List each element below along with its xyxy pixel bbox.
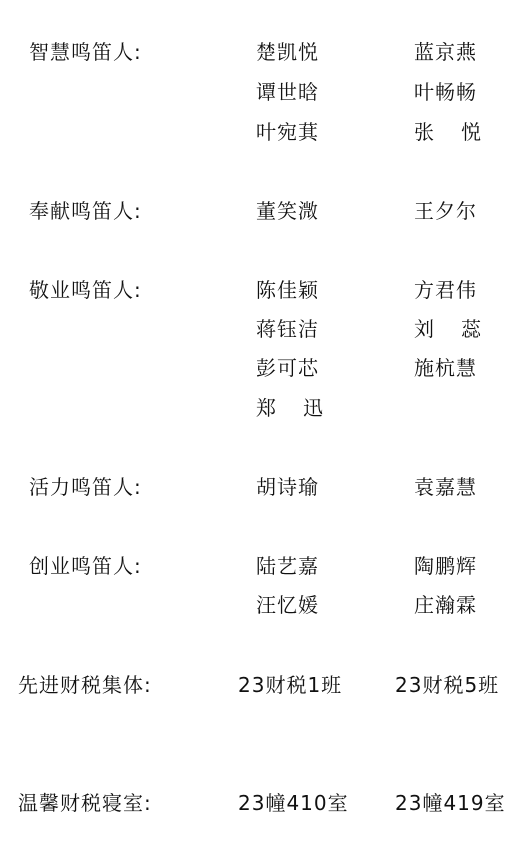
class-name: 23财税5班	[395, 673, 499, 697]
name: 陆艺嘉	[256, 554, 324, 578]
name-liu-rui: 刘蕊	[414, 317, 482, 341]
dorm-name: 23幢419室	[395, 791, 506, 815]
name: 方君伟	[414, 278, 482, 302]
section-title-diligence: 敬业鸣笛人:	[29, 278, 142, 302]
name: 蓝京燕	[414, 40, 482, 64]
section-title-vitality: 活力鸣笛人:	[29, 475, 142, 499]
name-zheng-xun: 郑迅	[256, 396, 324, 420]
section-title-wisdom: 智慧鸣笛人:	[29, 40, 142, 64]
section-title-warm-dorm: 温馨财税寝室:	[18, 791, 152, 815]
name: 汪忆媛	[256, 593, 324, 617]
name: 庄瀚霖	[414, 593, 482, 617]
name: 胡诗瑜	[256, 475, 324, 499]
class-name: 23财税1班	[238, 673, 342, 697]
name-zhang-yue: 张悦	[414, 120, 482, 144]
name: 王夕尔	[414, 199, 482, 223]
name: 楚凯悦	[256, 40, 324, 64]
name: 陈佳颖	[256, 278, 324, 302]
name: 陶鹏辉	[414, 554, 482, 578]
name: 彭可芯	[256, 356, 324, 380]
name: 施杭慧	[414, 356, 482, 380]
section-title-advanced-collective: 先进财税集体:	[18, 673, 152, 697]
name: 叶宛萁	[256, 120, 324, 144]
name-part: 悦	[461, 120, 482, 144]
dorm-name: 23幢410室	[238, 791, 349, 815]
section-title-dedication: 奉献鸣笛人:	[29, 199, 142, 223]
name: 叶畅畅	[414, 80, 482, 104]
name: 蒋钰洁	[256, 317, 324, 341]
name-part: 张	[414, 120, 435, 144]
name: 袁嘉慧	[414, 475, 482, 499]
name: 董笑溦	[256, 199, 324, 223]
name: 谭世晗	[256, 80, 324, 104]
section-title-entrepreneurship: 创业鸣笛人:	[29, 554, 142, 578]
